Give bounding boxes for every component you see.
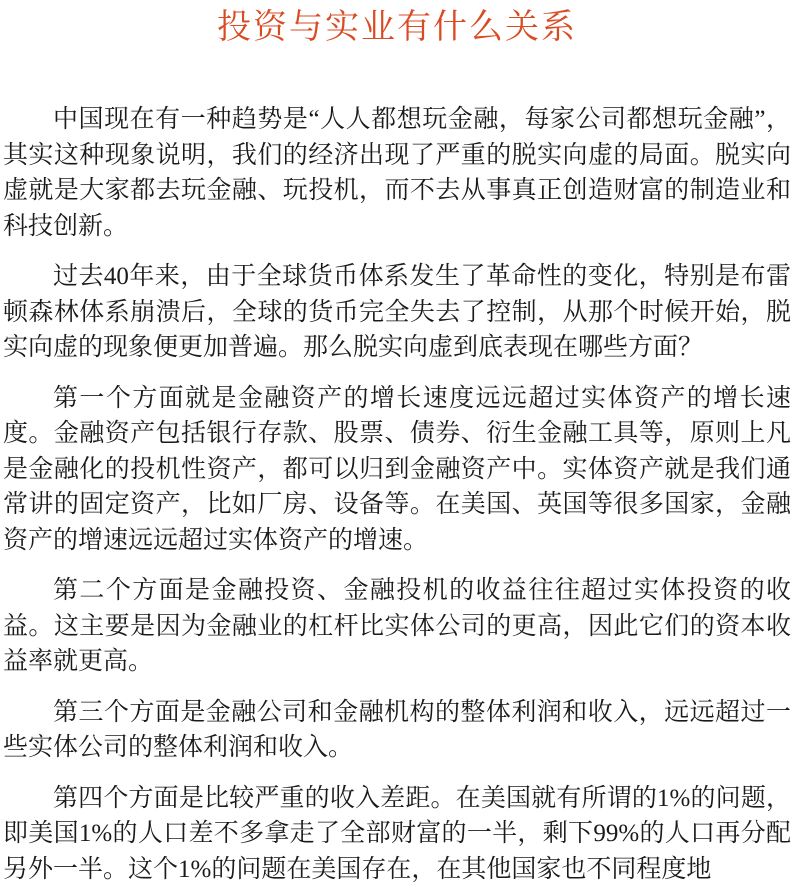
paragraph-aspect-three: 第三个方面是金融公司和金融机构的整体利润和收入，远远超过一些实体公司的整体利润和… <box>3 695 791 766</box>
document-body: 中国现在有一种趋势是“人人都想玩金融，每家公司都想玩金融”，其实这种现象说明，我… <box>0 102 794 883</box>
paragraph-aspect-two: 第二个方面是金融投资、金融投机的收益往往超过实体投资的收益。这主要是因为金融业的… <box>3 573 791 680</box>
paragraph-aspect-four: 第四个方面是比较严重的收入差距。在美国就有所谓的1%的问题，即美国1%的人口差不… <box>3 781 791 883</box>
paragraph-aspect-one: 第一个方面就是金融资产的增长速度远远超过实体资产的增长速度。金融资产包括银行存款… <box>3 381 791 559</box>
document-title: 投资与实业有什么关系 <box>0 6 794 50</box>
document-page: 投资与实业有什么关系 中国现在有一种趋势是“人人都想玩金融，每家公司都想玩金融”… <box>0 6 794 883</box>
paragraph-history-40-years: 过去40年来，由于全球货币体系发生了革命性的变化，特别是布雷顿森林体系崩溃后，全… <box>3 259 791 366</box>
paragraph-intro: 中国现在有一种趋势是“人人都想玩金融，每家公司都想玩金融”，其实这种现象说明，我… <box>3 102 791 244</box>
